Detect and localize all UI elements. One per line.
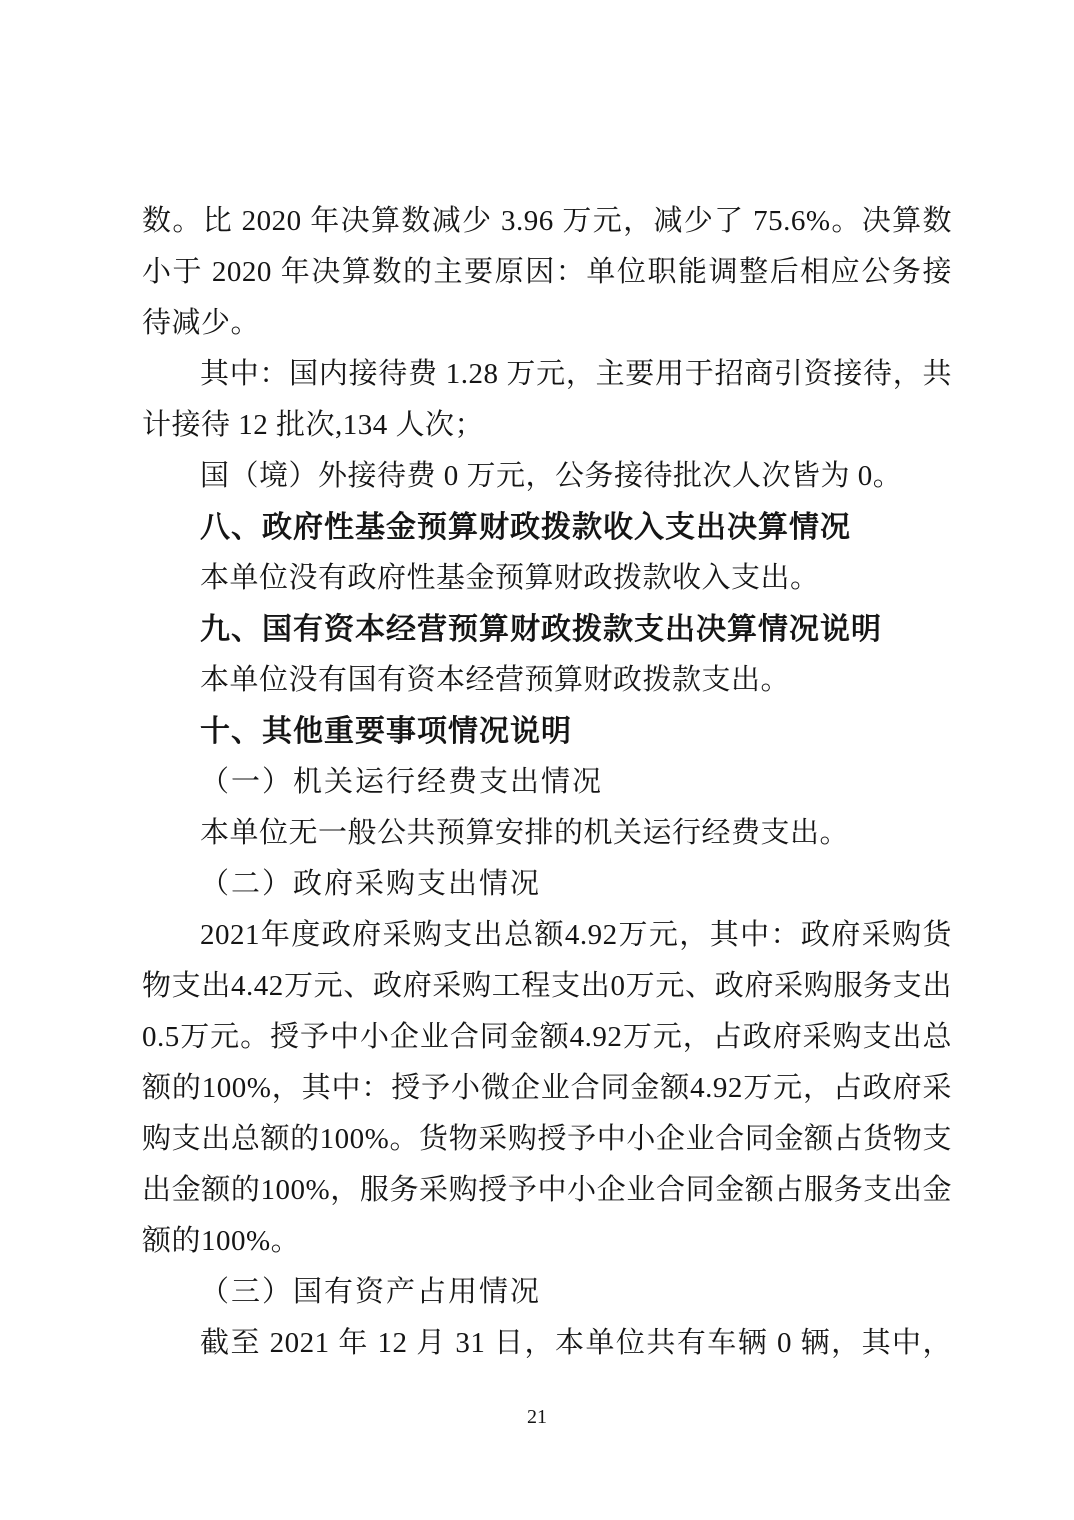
paragraph: 其中：国内接待费 1.28 万元，主要用于招商引资接待，共计接待 12 批次,1… [142,349,952,451]
paragraph: 本单位没有政府性基金预算财政拨款收入支出。 [142,553,952,604]
paragraph: 数。比 2020 年决算数减少 3.96 万元，减少了 75.6%。决算数小于 … [142,196,952,349]
paragraph: 国（境）外接待费 0 万元，公务接待批次人次皆为 0。 [142,451,952,502]
section-heading: 八、政府性基金预算财政拨款收入支出决算情况 [142,502,952,553]
paragraph: 本单位无一般公共预算安排的机关运行经费支出。 [142,808,952,859]
paragraph: 本单位没有国有资本经营预算财政拨款支出。 [142,655,952,706]
section-heading: （一）机关运行经费支出情况 [142,757,952,808]
section-heading: 九、国有资本经营预算财政拨款支出决算情况说明 [142,604,952,655]
section-heading: （二）政府采购支出情况 [142,859,952,910]
paragraph: 2021年度政府采购支出总额4.92万元，其中：政府采购货物支出4.42万元、政… [142,910,952,1267]
section-heading: （三）国有资产占用情况 [142,1267,952,1318]
document-body: 数。比 2020 年决算数减少 3.96 万元，减少了 75.6%。决算数小于 … [142,196,952,1369]
page-number: 21 [0,1405,1074,1429]
document-page: 数。比 2020 年决算数减少 3.96 万元，减少了 75.6%。决算数小于 … [0,0,1074,1520]
paragraph: 截至 2021 年 12 月 31 日，本单位共有车辆 0 辆，其中， [142,1318,952,1369]
section-heading: 十、其他重要事项情况说明 [142,706,952,757]
